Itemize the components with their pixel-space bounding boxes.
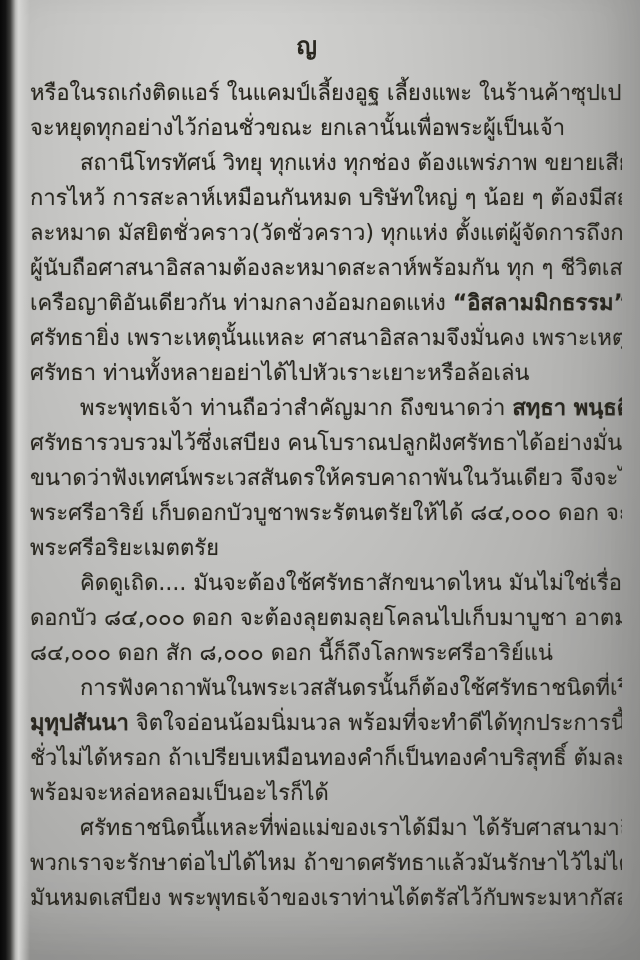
text-line: สถานีโทรทัศน์ วิทยุ ทุกแห่ง ทุกช่อง ต้อง… [30, 146, 622, 181]
text-line: เครือญาติอันเดียวกัน ท่ามกลางอ้อมกอดแห่ง… [30, 286, 622, 321]
text-segment: หรือในรถเก๋งติดแอร์ ในแคมป์เลี้ยงอูฐ เลี… [30, 81, 622, 106]
text-line: หรือในรถเก๋งติดแอร์ ในแคมป์เลี้ยงอูฐ เลี… [30, 76, 622, 111]
text-line: ขนาดว่าฟังเทศน์พระเวสสันดรให้ครบคาถาพันใ… [30, 461, 622, 496]
text-segment: มันหมดเสบียง พระพุทธเจ้าของเราท่านได้ตรั… [30, 886, 622, 911]
text-line: ศรัทธารวบรวมไว้ซึ่งเสบียง คนโบราณปลูกฝัง… [30, 426, 622, 461]
text-segment: ผู้นับถือศาสนาอิสลามต้องละหมาดสะลาห์พร้อ… [30, 256, 622, 281]
text-line: ศรัทธา ท่านทั้งหลายอย่าได้ไปหัวเราะเยาะห… [30, 356, 622, 391]
text-segment: ชั่วไม่ได้หรอก ถ้าเปรียบเหมือนทองคำก็เป็… [30, 746, 622, 771]
bold-text-segment: “อิสลามมิกธรรม” [453, 291, 622, 316]
text-line: มุทุปสันนา จิตใจอ่อนน้อมนิ่มนวล พร้อมที่… [30, 706, 622, 741]
text-line: ๘๔,๐๐๐ ดอก สัก ๘,๐๐๐ ดอก นี้ก็ถึงโลกพระศ… [30, 636, 622, 671]
text-line: พวกเราจะรักษาต่อไปได้ไหม ถ้าขาดศรัทธาแล้… [30, 846, 622, 881]
text-segment: จะหยุดทุกอย่างไว้ก่อนชั่วขณะ ยกเลานั้นเพ… [30, 116, 565, 141]
text-segment: ดอกบัว ๘๔,๐๐๐ ดอก จะต้องลุยตมลุยโคลนไปเก… [30, 606, 622, 631]
text-segment: พระพุทธเจ้า ท่านถือว่าสำคัญมาก ถึงขนาดว่… [80, 396, 512, 421]
text-line: ศรัทธายิ่ง เพราะเหตุนั้นแหละ ศาสนาอิสลาม… [30, 321, 622, 356]
text-segment: การฟังคาถาพันในพระเวสสันดรนั้นก็ต้องใช้ศ… [80, 676, 622, 701]
text-line: พร้อมจะหล่อหลอมเป็นอะไรก็ได้ [30, 776, 622, 811]
text-line: ชั่วไม่ได้หรอก ถ้าเปรียบเหมือนทองคำก็เป็… [30, 741, 622, 776]
text-segment: พร้อมจะหล่อหลอมเป็นอะไรก็ได้ [30, 781, 329, 806]
binding-shadow [0, 0, 30, 960]
text-line: พระศรีอาริย์ เก็บดอกบัวบูชาพระรัตนตรัยให… [30, 496, 622, 531]
text-segment: ศรัทธารวบรวมไว้ซึ่งเสบียง คนโบราณปลูกฝัง… [30, 431, 622, 456]
bold-text-segment: มุทุปสันนา [30, 711, 129, 736]
text-segment: พระศรีอาริย์ เก็บดอกบัวบูชาพระรัตนตรัยให… [30, 501, 622, 526]
text-line: คิดดูเถิด.... มันจะต้องใช้ศรัทธาสักขนาดไ… [30, 566, 622, 601]
text-line: พระพุทธเจ้า ท่านถือว่าสำคัญมาก ถึงขนาดว่… [30, 391, 622, 426]
text-segment: จิตใจอ่อนน้อมนิ่มนวล พร้อมที่จะทำดีได้ทุ… [129, 711, 622, 736]
text-line: ศรัทธาชนิดนี้แหละที่พ่อแม่ของเราได้มีมา … [30, 811, 622, 846]
text-line: มันหมดเสบียง พระพุทธเจ้าของเราท่านได้ตรั… [30, 881, 622, 916]
text-segment: พวกเราจะรักษาต่อไปได้ไหม ถ้าขาดศรัทธาแล้… [30, 851, 622, 876]
book-page-photo: ญ หรือในรถเก๋งติดแอร์ ในแคมป์เลี้ยงอูฐ เ… [0, 0, 640, 960]
text-segment: เครือญาติอันเดียวกัน ท่ามกลางอ้อมกอดแห่ง [30, 291, 453, 316]
text-line: ละหมาด มัสยิตชั่วคราว(วัดชั่วคราว) ทุกแห… [30, 216, 622, 251]
text-segment: ศรัทธาชนิดนี้แหละที่พ่อแม่ของเราได้มีมา … [80, 816, 622, 841]
text-segment: คิดดูเถิด.... มันจะต้องใช้ศรัทธาสักขนาดไ… [80, 571, 622, 596]
text-segment: สถานีโทรทัศน์ วิทยุ ทุกแห่ง ทุกช่อง ต้อง… [80, 151, 622, 176]
text-line: การไหว้ การสะลาห์เหมือนกันหมด บริษัทใหญ่… [30, 181, 622, 216]
text-line: ผู้นับถือศาสนาอิสลามต้องละหมาดสะลาห์พร้อ… [30, 251, 622, 286]
text-segment: ๘๔,๐๐๐ ดอก สัก ๘,๐๐๐ ดอก นี้ก็ถึงโลกพระศ… [30, 641, 553, 666]
text-line: พระศรีอริยะเมตตรัย [30, 531, 622, 566]
text-segment: ละหมาด มัสยิตชั่วคราว(วัดชั่วคราว) ทุกแห… [30, 221, 622, 246]
page-header-letter: ญ [0, 26, 614, 65]
text-segment: พระศรีอริยะเมตตรัย [30, 536, 219, 561]
bold-text-segment: สทฺธา พนฺธติ ปาเถยฺยํ.... [512, 396, 622, 421]
text-segment: ศรัทธายิ่ง เพราะเหตุนั้นแหละ ศาสนาอิสลาม… [30, 326, 622, 351]
body-text: หรือในรถเก๋งติดแอร์ ในแคมป์เลี้ยงอูฐ เลี… [30, 76, 622, 916]
text-segment: การไหว้ การสะลาห์เหมือนกันหมด บริษัทใหญ่… [30, 186, 622, 211]
text-segment: ศรัทธา ท่านทั้งหลายอย่าได้ไปหัวเราะเยาะห… [30, 361, 529, 386]
text-line: การฟังคาถาพันในพระเวสสันดรนั้นก็ต้องใช้ศ… [30, 671, 622, 706]
text-line: จะหยุดทุกอย่างไว้ก่อนชั่วขณะ ยกเลานั้นเพ… [30, 111, 622, 146]
text-segment: ขนาดว่าฟังเทศน์พระเวสสันดรให้ครบคาถาพันใ… [30, 466, 622, 491]
text-line: ดอกบัว ๘๔,๐๐๐ ดอก จะต้องลุยตมลุยโคลนไปเก… [30, 601, 622, 636]
